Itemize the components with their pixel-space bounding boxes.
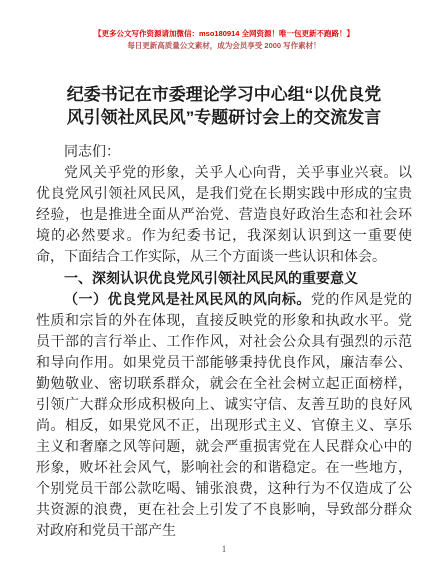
document-title: 纪委书记在市委理论学习中心组“以优良党风引领社风民风”专题研讨会上的交流发言 — [36, 83, 412, 129]
promo-notice: 【更多公文写作资源请加微信：mso180914 全网资源！唯一包更新不跑路！】 … — [36, 27, 412, 52]
paragraph-point-1-text: 党的作风是党的性质和宗旨的外在体现，直接反映党的形象和执政水平。党员干部的言行举… — [36, 293, 412, 539]
paragraph-point-1-lead: （一）优良党风是社风民风的风向标。 — [64, 291, 311, 307]
promo-notice-line-2: 每日更新高质量公文素材，成为会员享受 2000 写作素材！ — [36, 40, 412, 52]
paragraph-point-1: （一）优良党风是社风民风的风向标。党的作风是党的性质和宗旨的外在体现，直接反映党… — [36, 289, 412, 542]
section-heading-1: 一、深刻认识优良党风引领社风民风的重要意义 — [36, 268, 412, 289]
page-number: 1 — [0, 544, 448, 554]
salutation: 同志们： — [36, 142, 412, 163]
document-body: 同志们： 党风关乎党的形象，关乎人心向背，关乎事业兴衰。以优良党风引领社风民风，… — [36, 142, 412, 542]
document-page: 【更多公文写作资源请加微信：mso180914 全网资源！唯一包更新不跑路！】 … — [0, 0, 448, 580]
promo-notice-line-1: 【更多公文写作资源请加微信：mso180914 全网资源！唯一包更新不跑路！】 — [36, 27, 412, 40]
paragraph-intro: 党风关乎党的形象，关乎人心向背，关乎事业兴衰。以优良党风引领社风民风，是我们党在… — [36, 163, 412, 268]
